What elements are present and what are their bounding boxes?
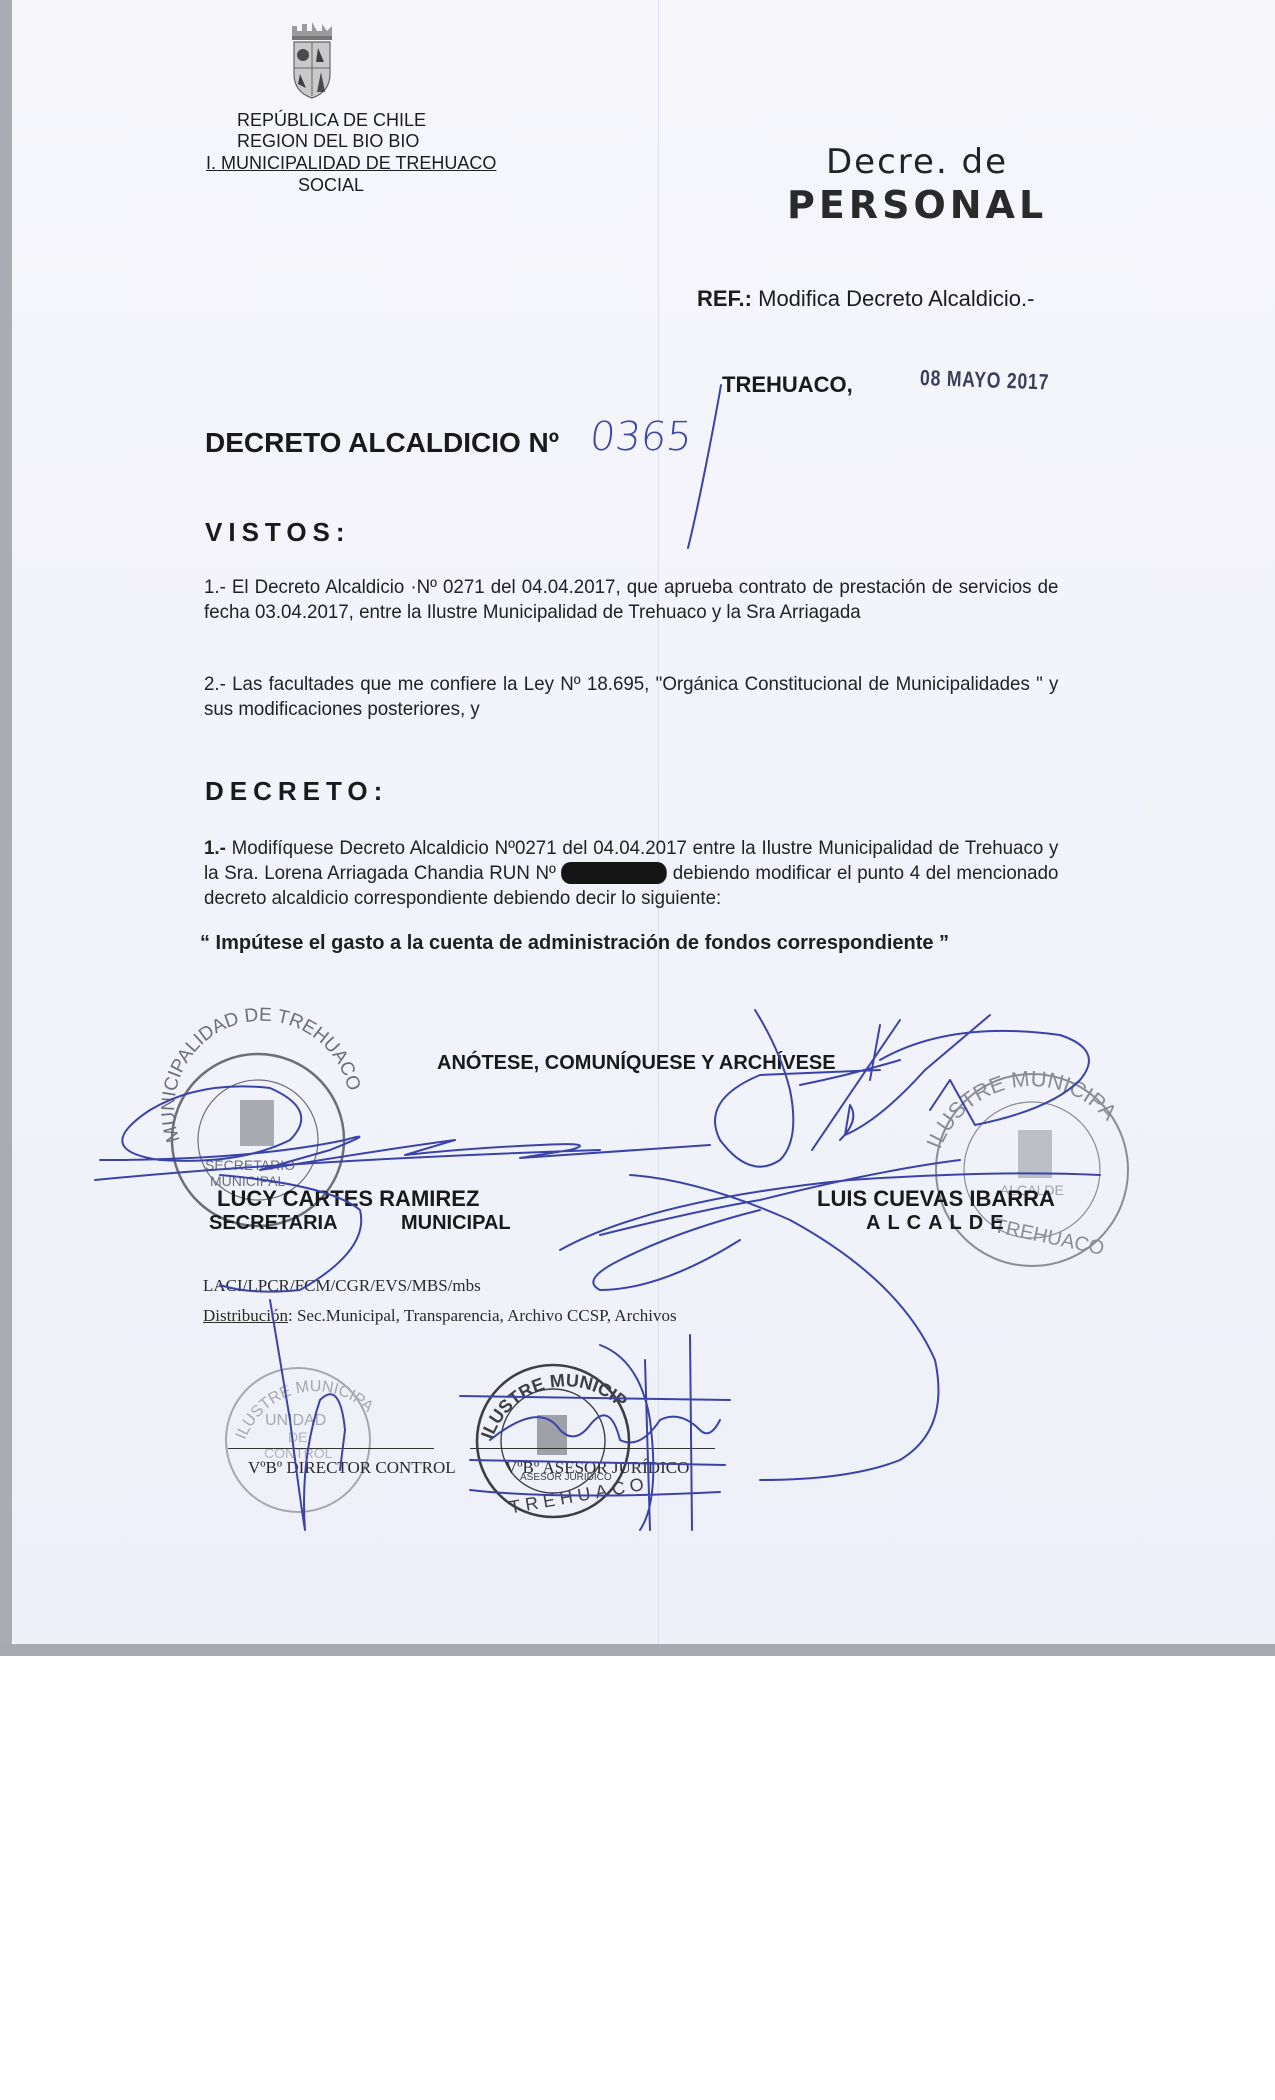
fold-line	[658, 0, 659, 1644]
approval-director-control: VºBº DIRECTOR CONTROL	[248, 1458, 456, 1478]
closing-formula: ANÓTESE, COMUNÍQUESE Y ARCHÍVESE	[437, 1052, 836, 1075]
reference-line: REF.: Modifica Decreto Alcaldicio.-	[697, 286, 1034, 312]
decree-number-handwritten: 0365	[588, 414, 695, 460]
scanner-edge-bottom	[0, 1644, 1275, 1656]
reference-label: REF.:	[697, 286, 752, 311]
vistos-item-2: 2.- Las facultades que me confiere la Le…	[204, 672, 1058, 722]
approval-asesor-juridico: VºBº ASESOR JURÍDICO	[505, 1458, 689, 1478]
signatory-role-secretaria: SECRETARIA	[209, 1212, 338, 1235]
signatory-role-alcalde: ALCALDE	[866, 1212, 1011, 1235]
header-municipality: I. MUNICIPALIDAD DE TREHUACO	[206, 153, 496, 173]
scanner-edge-left	[0, 0, 12, 1656]
signature-line-control	[228, 1448, 434, 1449]
reference-text: Modifica Decreto Alcaldicio.-	[752, 286, 1034, 311]
municipal-coat-of-arms-icon	[288, 22, 336, 100]
decreto-heading: DECRETO:	[205, 776, 388, 807]
header-department: SOCIAL	[298, 175, 364, 195]
decreto-item-number: 1.-	[204, 837, 226, 859]
vistos-item-1: 1.- El Decreto Alcaldicio ·Nº 0271 del 0…	[204, 575, 1058, 625]
decreto-item-1: 1.- Modifíquese Decreto Alcaldicio Nº027…	[204, 836, 1058, 911]
signature-line-juridico	[470, 1448, 715, 1449]
signatory-name-alcalde: LUIS CUEVAS IBARRA	[817, 1186, 1055, 1212]
distribution-text: : Sec.Municipal, Transparencia, Archivo …	[288, 1306, 677, 1325]
decreto-quote: “ Impútese el gasto a la cuenta de admin…	[200, 932, 949, 955]
distribution-list: Distribución: Sec.Municipal, Transparenc…	[203, 1306, 677, 1326]
date-stamp: 08 MAYO 2017	[920, 365, 1050, 395]
distribution-label: Distribución	[203, 1306, 288, 1325]
scanned-page	[12, 0, 1275, 1644]
decree-title: DECRETO ALCALDICIO Nº	[205, 427, 559, 459]
header-country: REPÚBLICA DE CHILE	[237, 110, 426, 130]
signatory-role-municipal: MUNICIPAL	[401, 1212, 511, 1235]
header-region: REGION DEL BIO BIO	[237, 131, 419, 151]
vistos-heading: VISTOS:	[205, 517, 351, 548]
run-redaction	[561, 862, 667, 884]
signatory-name-secretaria: LUCY CARTES RAMIREZ	[217, 1186, 479, 1212]
stamp-decre-de: Decre. de	[826, 142, 1008, 182]
place: TREHUACO,	[722, 372, 853, 398]
responsibility-initials: LACI/LPCR/FCM/CGR/EVS/MBS/mbs	[203, 1276, 481, 1296]
stamp-personal: PERSONAL	[787, 183, 1047, 227]
